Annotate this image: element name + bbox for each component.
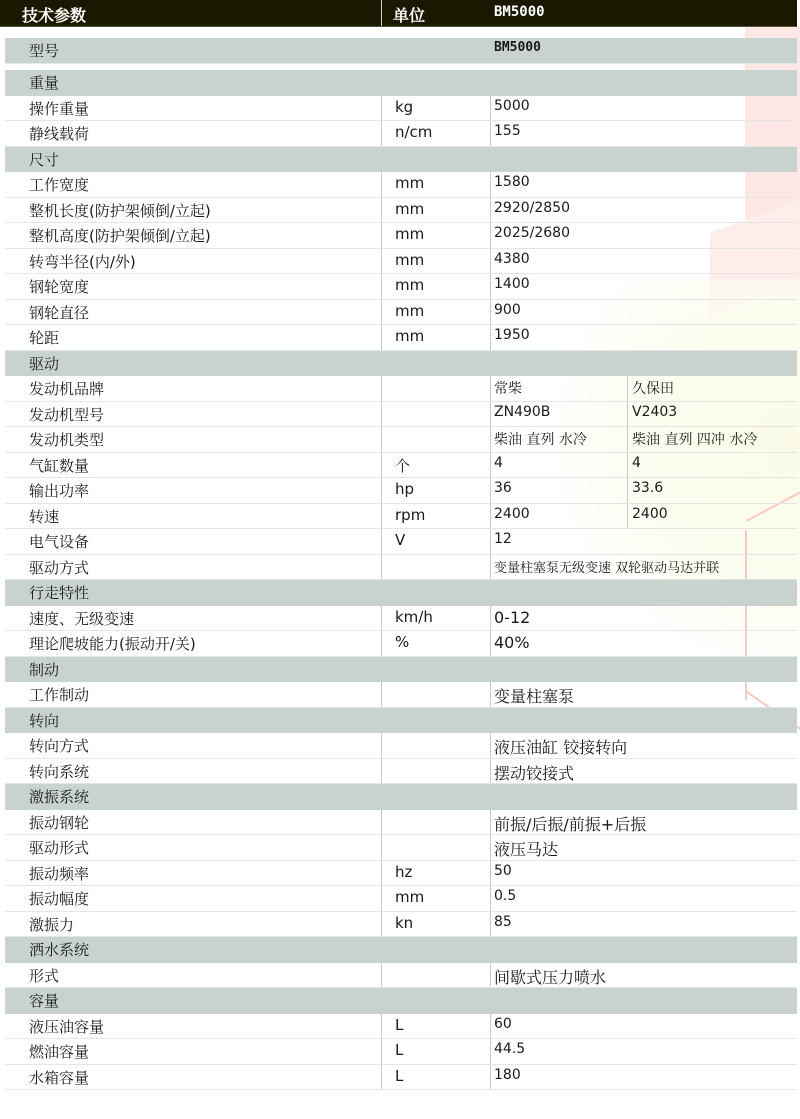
spec-label: 转向方式 [29,735,89,756]
section-header: 制动 [5,657,797,683]
spec-label: 发动机型号 [29,404,104,425]
spec-row: 转向系统摆动铰接式 [5,759,797,785]
spec-label: 整机长度(防护架倾倒/立起) [29,200,211,221]
column-divider [490,759,491,784]
spec-value: 2400 [494,506,530,522]
column-divider [381,96,382,121]
spec-label: 轮距 [29,327,59,348]
spec-value: 5000 [494,98,530,114]
column-divider [490,325,491,350]
spec-value: 间歇式压力喷水 [494,965,606,988]
section-title: 激振系统 [29,786,89,807]
spec-value: 40% [494,633,530,652]
spec-label: 液压油容量 [29,1016,104,1037]
spec-row: 工作宽度mm1580 [5,172,797,198]
column-divider [490,249,491,274]
column-divider [627,478,628,503]
spec-label: 发动机品牌 [29,378,104,399]
spec-unit: rpm [395,506,425,524]
column-divider [490,96,491,121]
column-divider [381,427,382,452]
spec-label: 钢轮宽度 [29,276,89,297]
spec-unit: 个 [395,455,410,476]
column-divider [381,504,382,529]
column-divider [490,223,491,248]
column-divider [381,810,382,835]
section-header: 转向 [5,708,797,734]
spec-unit: kn [395,914,413,932]
column-divider [381,325,382,350]
column-divider [490,1039,491,1064]
spec-value: 2920/2850 [494,200,570,216]
spec-row: 振动钢轮前振/后振/前振+后振 [5,810,797,836]
spec-label: 输出功率 [29,480,89,501]
spec-value: 60 [494,1016,512,1032]
spec-unit: L [395,1067,403,1085]
header-param-label: 技术参数 [22,3,86,26]
section-title: 制动 [29,659,59,680]
spec-value: 0-12 [494,608,530,627]
spec-row: 驱动形式液压马达 [5,835,797,861]
spec-unit: % [395,633,409,651]
spec-row: 气缸数量个44 [5,453,797,479]
spec-row: 钢轮直径mm900 [5,300,797,326]
column-divider [490,402,491,427]
column-divider [490,478,491,503]
spec-row: 静线载荷n/cm155 [5,121,797,147]
spec-unit: mm [395,225,424,243]
spec-value: 1950 [494,327,530,343]
spec-label: 钢轮直径 [29,302,89,323]
column-divider [627,427,628,452]
section-title: 尺寸 [29,149,59,170]
column-divider [381,376,382,401]
spec-value: 180 [494,1067,521,1083]
spec-value: 4 [494,455,503,471]
column-divider [381,682,382,707]
spec-row: 工作制动变量柱塞泵 [5,682,797,708]
column-divider [490,529,491,554]
section-title: 重量 [29,72,59,93]
spec-value-alt-engine: 4 [632,455,641,471]
spec-value: 1400 [494,276,530,292]
spec-label: 速度、无级变速 [29,608,134,629]
spec-value: 4380 [494,251,530,267]
spec-value: 2025/2680 [494,225,570,241]
column-divider [381,631,382,656]
spec-value: 柴油 直列 水冷 [494,429,587,449]
spec-value: 变量柱塞泵无级变速 双轮驱动马达并联 [494,557,719,576]
spec-unit: L [395,1041,403,1059]
column-divider [381,759,382,784]
spec-value: 36 [494,480,512,496]
spec-unit: hz [395,863,412,881]
column-divider [381,274,382,299]
column-divider [381,886,382,911]
column-divider [490,886,491,911]
column-divider [490,835,491,860]
spec-row: 水箱容量L180 [5,1065,797,1091]
spec-unit: mm [395,174,424,192]
spec-row: 振动幅度mm0.5 [5,886,797,912]
spec-row: 整机长度(防护架倾倒/立起)mm2920/2850 [5,198,797,224]
column-divider [381,300,382,325]
column-divider [381,478,382,503]
column-divider [381,121,382,146]
column-divider [490,810,491,835]
spec-value: 44.5 [494,1041,525,1057]
column-divider [381,529,382,554]
spec-value-alt-engine: 33.6 [632,480,663,496]
header-model-label: BM5000 [494,4,545,20]
spec-unit: L [395,1016,403,1034]
column-divider [490,963,491,988]
spec-row: 输出功率hp3633.6 [5,478,797,504]
spec-label: 转速 [29,506,59,527]
spec-value: 液压马达 [494,837,558,860]
column-divider [490,1065,491,1090]
spec-label: 操作重量 [29,98,89,119]
column-divider [490,912,491,937]
spec-unit: n/cm [395,123,432,141]
spec-unit: mm [395,200,424,218]
column-divider [490,172,491,197]
column-divider [627,504,628,529]
section-title: 容量 [29,990,59,1011]
column-divider [381,453,382,478]
spec-unit: mm [395,251,424,269]
spec-label: 驱动方式 [29,557,89,578]
spec-label: 电气设备 [29,531,89,552]
section-header: 容量 [5,988,797,1014]
spec-row: 燃油容量L44.5 [5,1039,797,1065]
column-divider [381,861,382,886]
model-value: BM5000 [494,40,541,55]
spec-row: 驱动方式变量柱塞泵无级变速 双轮驱动马达并联 [5,555,797,581]
spec-value: 前振/后振/前振+后振 [494,812,646,835]
column-divider [381,963,382,988]
spec-value: 常柴 [494,378,522,398]
spec-row: 轮距mm1950 [5,325,797,351]
spec-value: 摆动铰接式 [494,761,574,784]
spec-value: 12 [494,531,512,547]
section-header: 重量 [5,70,797,96]
spec-value: 0.5 [494,888,516,904]
spec-label: 水箱容量 [29,1067,89,1088]
spec-unit: mm [395,302,424,320]
column-divider [490,300,491,325]
section-title: 行走特性 [29,582,89,603]
spec-label: 形式 [29,965,59,986]
spec-unit: V [395,531,405,549]
section-header: 尺寸 [5,147,797,173]
section-header: 激振系统 [5,784,797,810]
spec-label: 发动机类型 [29,429,104,450]
column-divider [381,223,382,248]
column-divider [490,733,491,758]
column-divider [490,1014,491,1039]
spec-label: 驱动形式 [29,837,89,858]
column-divider [490,555,491,580]
column-divider [490,274,491,299]
spec-value-alt-engine: 柴油 直列 四冲 水冷 [632,429,757,449]
spec-unit: mm [395,327,424,345]
spec-value-alt-engine: 久保田 [632,378,674,398]
column-divider [381,555,382,580]
spec-row: 液压油容量L60 [5,1014,797,1040]
column-divider [381,733,382,758]
column-divider [490,121,491,146]
spec-label: 振动频率 [29,863,89,884]
section-header: 洒水系统 [5,937,797,963]
column-divider [627,453,628,478]
header-divider [381,0,382,26]
column-divider [490,427,491,452]
spec-row: 钢轮宽度mm1400 [5,274,797,300]
spec-row: 激振力kn85 [5,912,797,938]
column-divider [490,861,491,886]
column-divider [381,172,382,197]
spec-unit: hp [395,480,414,498]
spec-value: 50 [494,863,512,879]
section-title: 转向 [29,710,59,731]
spec-unit: mm [395,276,424,294]
spec-value: 900 [494,302,521,318]
model-label: 型号 [29,40,59,61]
spec-row: 发动机型号ZN490BV2403 [5,402,797,428]
spec-row: 转速rpm24002400 [5,504,797,530]
spec-label: 整机高度(防护架倾倒/立起) [29,225,211,246]
spec-row: 转弯半径(内/外)mm4380 [5,249,797,275]
spec-label: 燃油容量 [29,1041,89,1062]
spec-label: 静线载荷 [29,123,89,144]
spec-label: 转弯半径(内/外) [29,251,136,272]
spec-value-alt-engine: V2403 [632,404,677,420]
spec-value: ZN490B [494,404,550,420]
spec-value: 液压油缸 铰接转向 [494,735,627,758]
spec-label: 振动钢轮 [29,812,89,833]
spec-label: 振动幅度 [29,888,89,909]
column-divider [381,606,382,631]
spec-row: 发动机品牌常柴久保田 [5,376,797,402]
column-divider [490,198,491,223]
spec-row: 振动频率hz50 [5,861,797,887]
spec-table: 型号 BM5000 重量操作重量kg5000静线载荷n/cm155尺寸工作宽度m… [5,38,797,1090]
spec-label: 转向系统 [29,761,89,782]
spec-value-alt-engine: 2400 [632,506,668,522]
column-divider [490,453,491,478]
column-divider [381,198,382,223]
section-header: 行走特性 [5,580,797,606]
spec-row: 形式间歇式压力喷水 [5,963,797,989]
spec-row: 操作重量kg5000 [5,96,797,122]
spec-label: 激振力 [29,914,74,935]
spec-unit: kg [395,98,413,116]
column-divider [490,504,491,529]
spec-row: 整机高度(防护架倾倒/立起)mm2025/2680 [5,223,797,249]
column-divider [627,402,628,427]
spec-label: 气缸数量 [29,455,89,476]
column-divider [490,682,491,707]
spec-label: 理论爬坡能力(振动开/关) [29,633,196,654]
column-divider [381,249,382,274]
spec-unit: mm [395,888,424,906]
section-header: 驱动 [5,351,797,377]
column-divider [381,402,382,427]
section-title: 驱动 [29,353,59,374]
spec-row: 速度、无级变速km/h0-12 [5,606,797,632]
spec-label: 工作宽度 [29,174,89,195]
spec-table-header: 技术参数 单位 BM5000 [0,0,797,27]
column-divider [381,1014,382,1039]
spec-value: 变量柱塞泵 [494,684,574,707]
spec-row: 电气设备V12 [5,529,797,555]
header-unit-label: 单位 [393,3,425,26]
column-divider [381,1065,382,1090]
spec-label: 工作制动 [29,684,89,705]
column-divider [490,606,491,631]
model-row: 型号 BM5000 [5,38,797,64]
spec-unit: km/h [395,608,433,626]
spec-value: 85 [494,914,512,930]
spec-row: 转向方式液压油缸 铰接转向 [5,733,797,759]
spec-value: 155 [494,123,521,139]
column-divider [490,631,491,656]
spec-row: 发动机类型柴油 直列 水冷柴油 直列 四冲 水冷 [5,427,797,453]
section-title: 洒水系统 [29,939,89,960]
column-divider [381,912,382,937]
spec-value: 1580 [494,174,530,190]
column-divider [490,376,491,401]
column-divider [381,835,382,860]
column-divider [627,376,628,401]
spec-row: 理论爬坡能力(振动开/关)%40% [5,631,797,657]
column-divider [381,1039,382,1064]
